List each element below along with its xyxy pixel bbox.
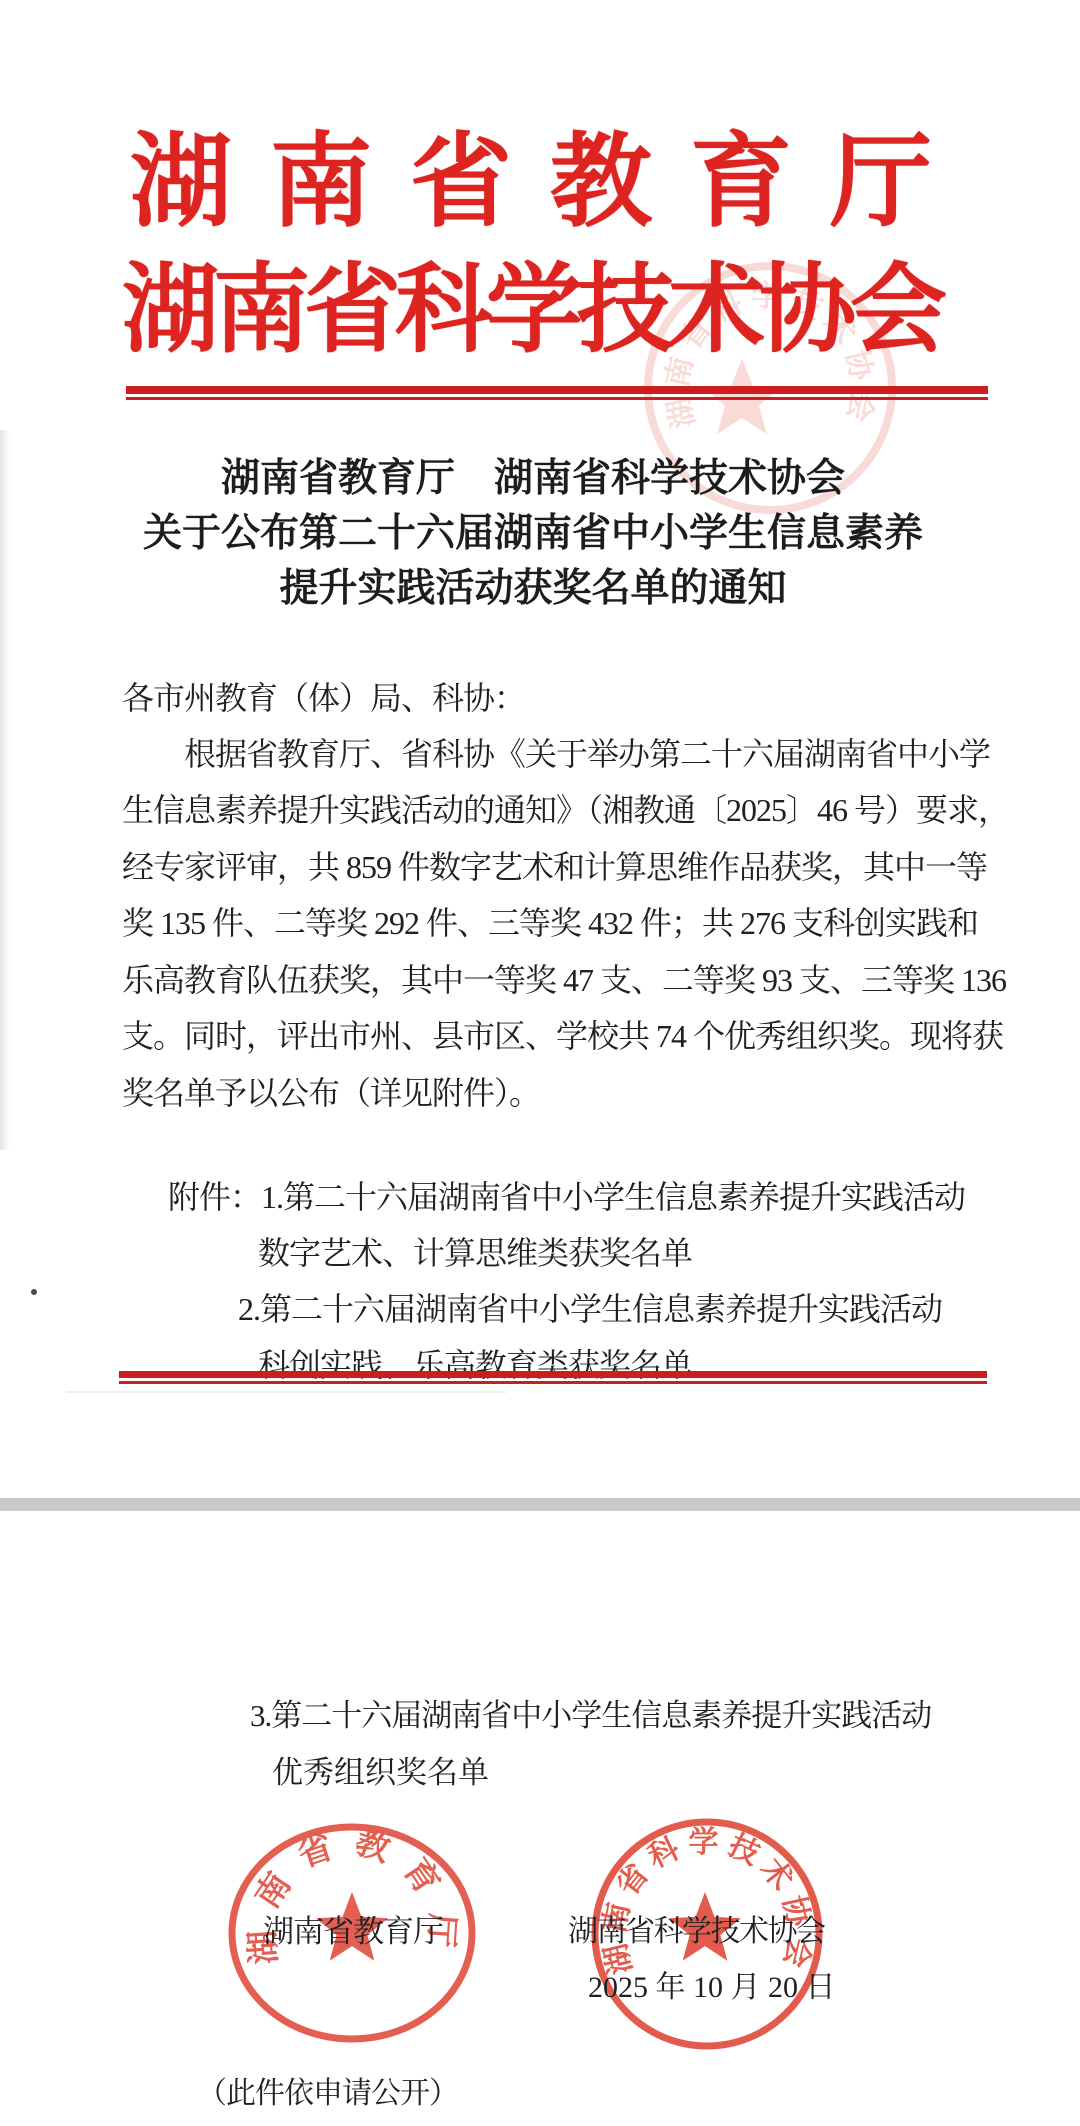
notice-body-line: 根据省教育厅、省科协《关于举办第二十六届湖南省中小学 xyxy=(122,734,990,774)
footer-rule-thick xyxy=(119,1371,987,1378)
letterhead-rule-thick xyxy=(126,386,988,394)
notice-title-line3: 提升实践活动获奖名单的通知 xyxy=(0,564,1066,614)
letterhead-line1: 湖南省教育厅 xyxy=(130,128,970,240)
notice-body-line: 奖 135 件、二等奖 292 件、三等奖 432 件；共 276 支科创实践和 xyxy=(122,903,978,943)
faint-seal-star xyxy=(702,358,782,434)
attachment-item-1-line2: 数字艺术、计算思维类获奖名单 xyxy=(258,1228,692,1274)
scan-artifact-line xyxy=(66,1391,506,1393)
attachment-item-3-line2: 优秀组织奖名单 xyxy=(272,1747,489,1792)
notice-body-line: 经专家评审，共 859 件数字艺术和计算思维作品获奖，其中一等 xyxy=(122,847,987,887)
notice-title-line2: 关于公布第二十六届湖南省中小学生信息素养 xyxy=(0,509,1066,559)
notice-body-line: 乐高教育队伍获奖，其中一等奖 47 支、二等奖 93 支、三等奖 136 xyxy=(122,960,1006,1000)
salutation: 各市州教育（体）局、科协： xyxy=(122,678,525,718)
letterhead-rule-thin xyxy=(126,397,988,400)
attachment-item-1-line1: 附件：1.第二十六届湖南省中小学生信息素养提升实践活动 xyxy=(168,1172,965,1218)
notice-title-line1: 湖南省教育厅 湖南省科学技术协会 xyxy=(0,454,1066,504)
attachment-item-2-line2: 科创实践、乐高教育类获奖名单 xyxy=(258,1340,692,1386)
page-divider xyxy=(0,1498,1080,1511)
attachment-label: 附件： xyxy=(168,1179,261,1215)
issue-date: 2025 年 10 月 20 日 xyxy=(588,1962,836,2006)
letterhead-line2: 湖南省科学技术协会 xyxy=(122,255,941,367)
issuer-name-science-association: 湖南省科学技术协会 xyxy=(568,1906,825,1950)
stray-ink-dot xyxy=(31,1289,37,1295)
footer-rule-thin xyxy=(119,1381,987,1384)
notice-body-line: 生信息素养提升实践活动的通知》（湘教通〔2025〕46 号）要求， xyxy=(122,790,1009,830)
attachment-item-3-line1: 3.第二十六届湖南省中小学生信息素养提升实践活动 xyxy=(250,1690,931,1735)
notice-body-line: 支。同时，评出市州、县市区、学校共 74 个优秀组织奖。现将获 xyxy=(122,1016,1003,1056)
scanned-official-notice: 湖南省科学技术协会 湖南省教育厅 湖南省科学技术协会 湖南省教育厅 湖南省科学技… xyxy=(0,0,1080,2126)
attachment-item-2-line1: 2.第二十六届湖南省中小学生信息素养提升实践活动 xyxy=(238,1284,942,1330)
disclosure-note: （此件依申请公开） xyxy=(197,2068,458,2112)
notice-body-line: 奖名单予以公布（详见附件）。 xyxy=(122,1073,540,1113)
issuer-name-education: 湖南省教育厅 xyxy=(263,1906,443,1951)
